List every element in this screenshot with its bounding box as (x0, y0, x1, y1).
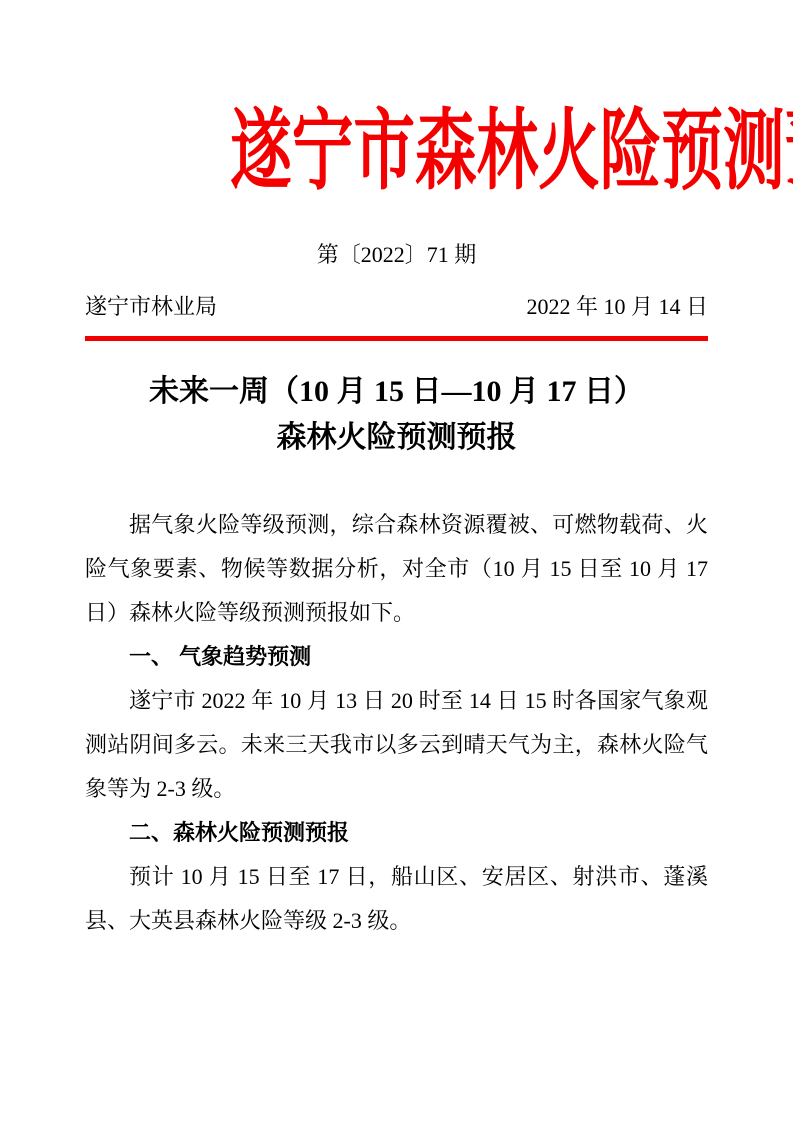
section-2-heading: 二、森林火险预测预报 (85, 811, 708, 855)
agency-name: 遂宁市林业局 (85, 294, 217, 320)
issue-number: 第〔2022〕71 期 (85, 242, 708, 268)
document-title-line2: 森林火险预测预报 (85, 415, 708, 461)
document-body: 据气象火险等级预测，综合森林资源覆被、可燃物载荷、火险气象要素、物候等数据分析，… (85, 503, 708, 943)
agency-date-row: 遂宁市林业局 2022 年 10 月 14 日 (85, 294, 708, 320)
divider-rule (85, 336, 708, 341)
masthead: 遂宁市森林火险预测预报 (85, 0, 708, 202)
issue-date: 2022 年 10 月 14 日 (526, 294, 708, 320)
document-page: 遂宁市森林火险预测预报 第〔2022〕71 期 遂宁市林业局 2022 年 10… (0, 0, 793, 1122)
section-1-heading: 一、 气象趋势预测 (85, 635, 708, 679)
document-title-line1: 未来一周（10 月 15 日—10 月 17 日） (85, 369, 708, 415)
document-content: 遂宁市森林火险预测预报 第〔2022〕71 期 遂宁市林业局 2022 年 10… (85, 0, 708, 943)
section-2-paragraph: 预计 10 月 15 日至 17 日，船山区、安居区、射洪市、蓬溪县、大英县森林… (85, 855, 708, 943)
masthead-title: 遂宁市森林火险预测预报 (230, 104, 793, 202)
intro-paragraph: 据气象火险等级预测，综合森林资源覆被、可燃物载荷、火险气象要素、物候等数据分析，… (85, 503, 708, 635)
section-1-paragraph: 遂宁市 2022 年 10 月 13 日 20 时至 14 日 15 时各国家气… (85, 679, 708, 811)
document-title: 未来一周（10 月 15 日—10 月 17 日） 森林火险预测预报 (85, 369, 708, 461)
